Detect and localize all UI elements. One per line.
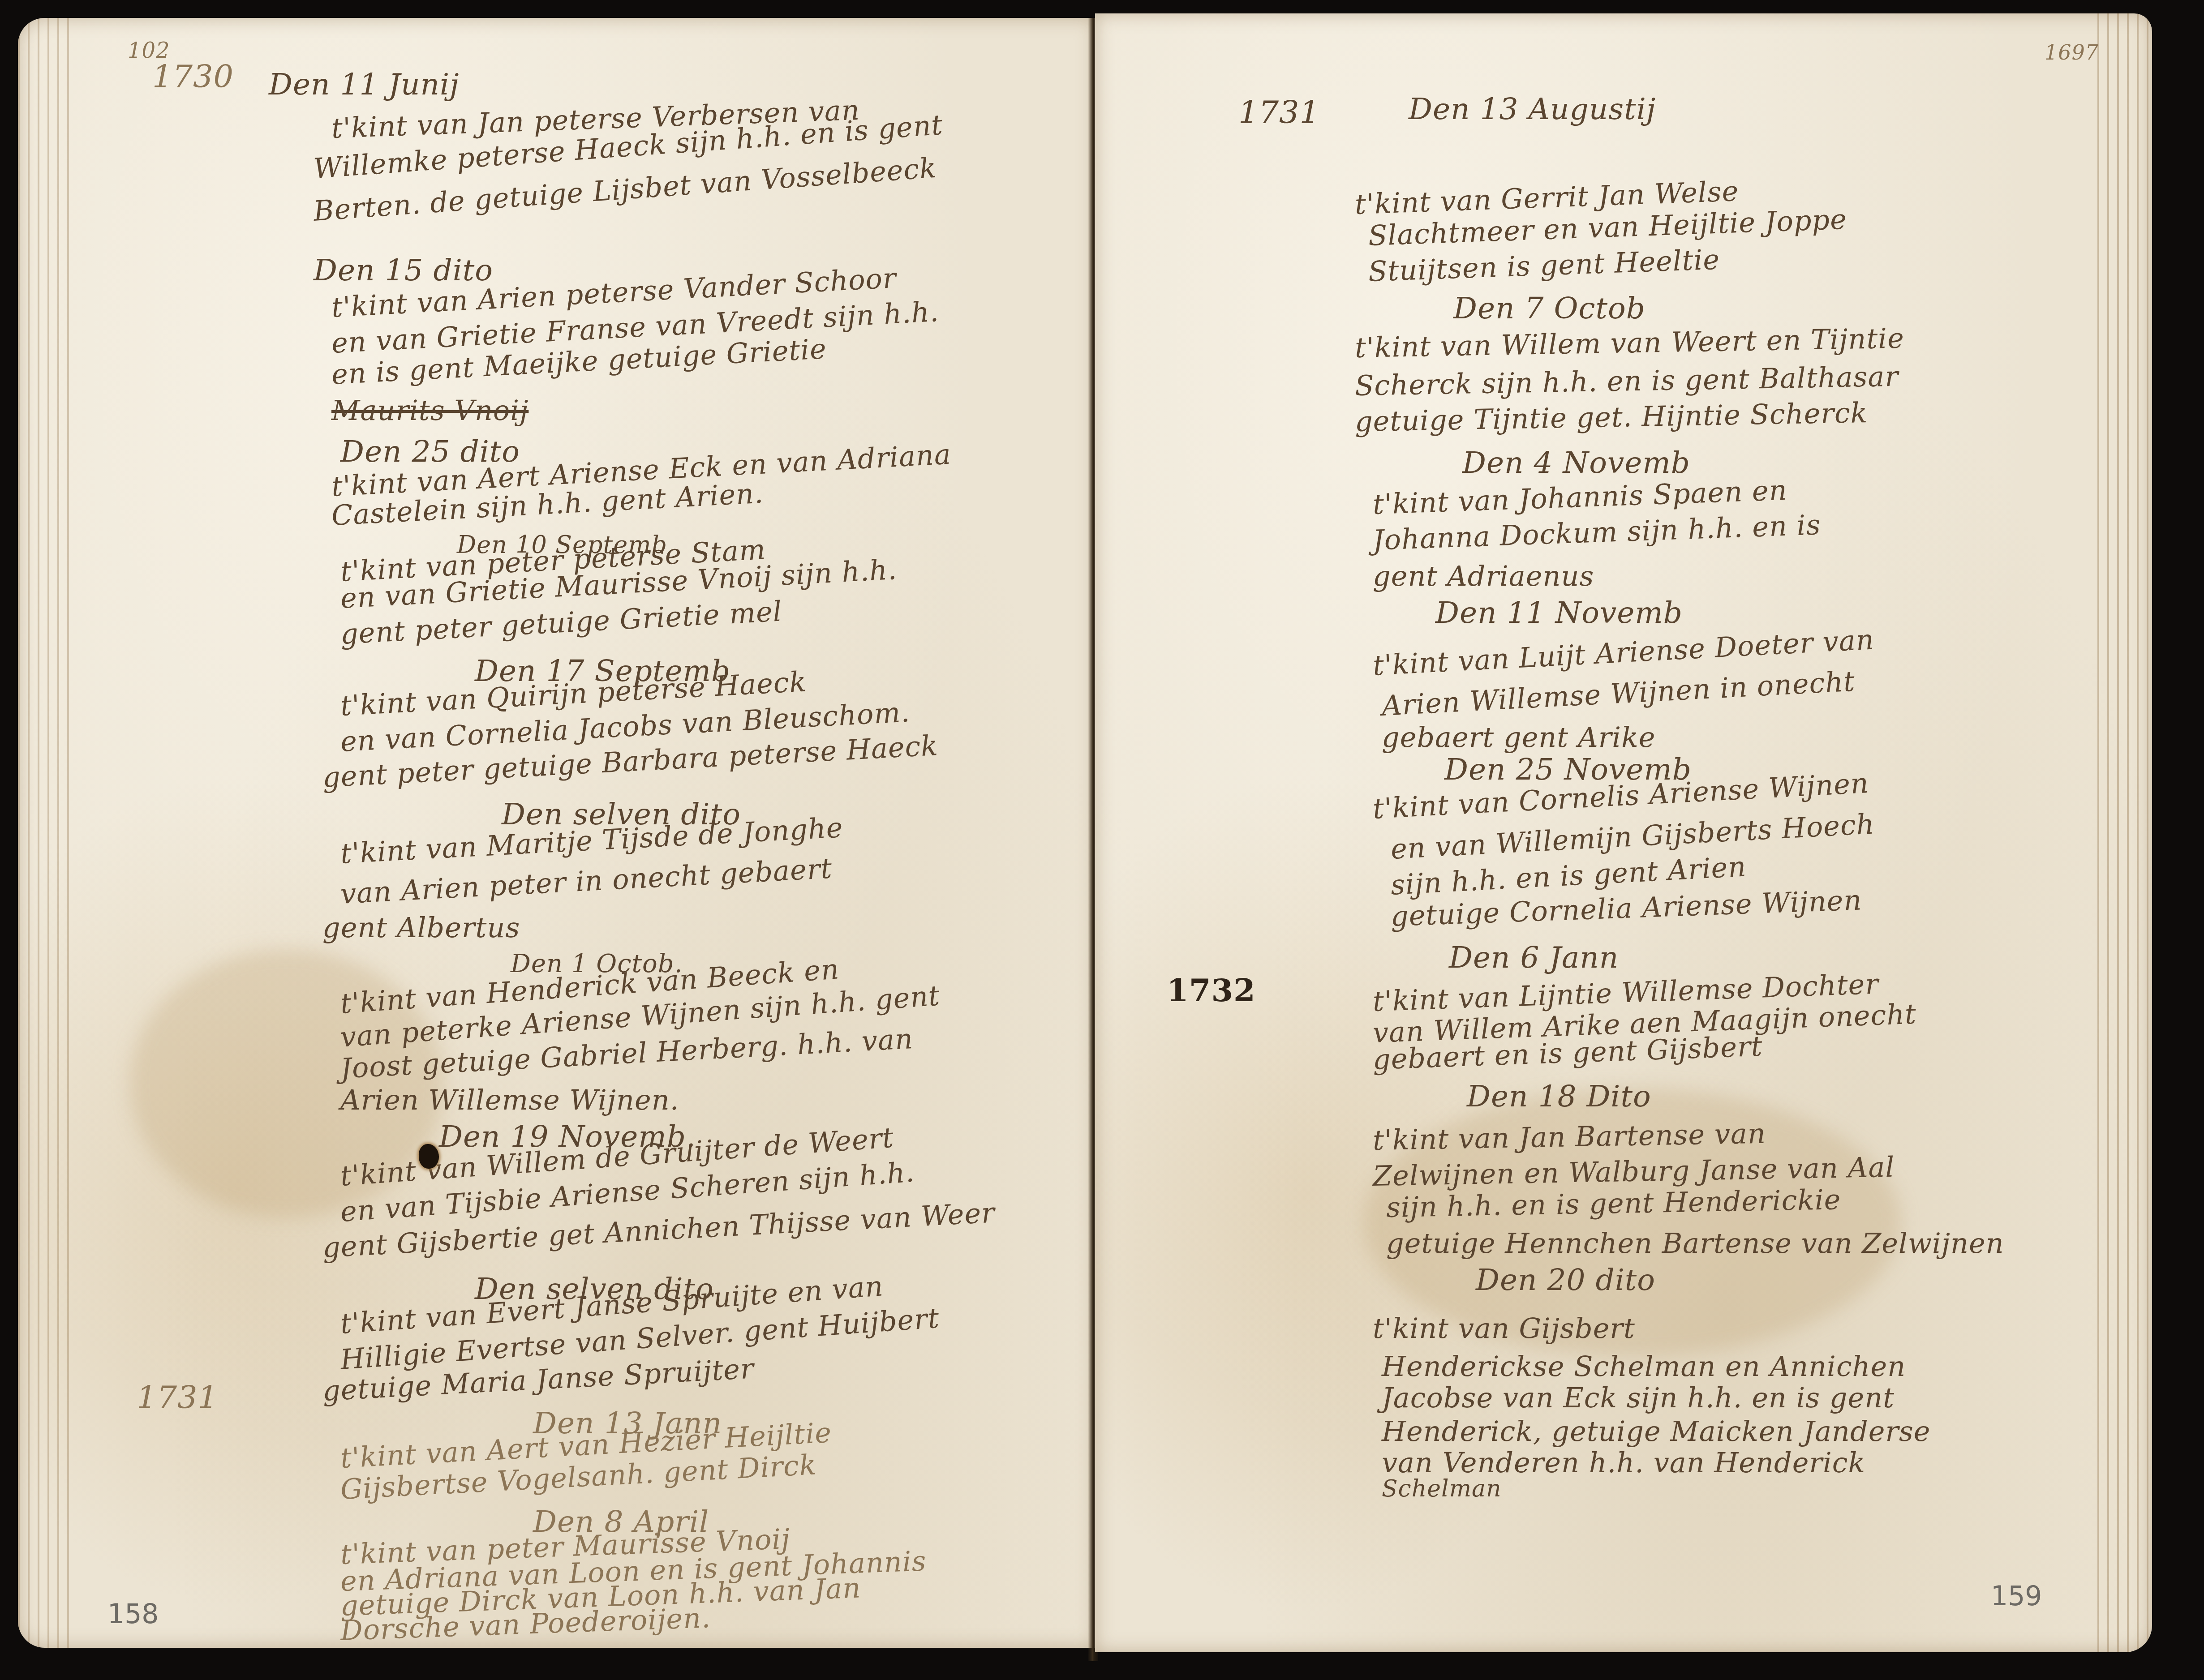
entry-line: getuige Hennchen Bartense van Zelwijnen xyxy=(1386,1227,2004,1260)
year-heading: 1730 xyxy=(152,58,234,95)
entry-date: Den 11 Novemb xyxy=(1435,596,1683,630)
entry-line: Jacobse van Eck sijn h.h. en is gent xyxy=(1382,1381,1895,1414)
entry-line: gent Albertus xyxy=(322,911,520,944)
right-page: 1697 1731 Den 13 Augustij t'kint van Ger… xyxy=(1095,13,2152,1652)
entry-date: Den 18 Dito xyxy=(1467,1079,1651,1114)
entry-date: Den 6 Jann xyxy=(1449,940,1619,975)
entry-date: Den 20 dito xyxy=(1476,1263,1655,1297)
entry-date: Den 4 Novemb xyxy=(1462,446,1690,480)
left-page-stacked-edges xyxy=(18,18,76,1648)
entry-date: Den 7 Octob xyxy=(1453,291,1645,326)
entry-line: Henderick, getuige Maicken Janderse xyxy=(1382,1415,1931,1448)
entry-line: Arien Willemse Wijnen. xyxy=(340,1084,679,1116)
entry-line: Henderickse Schelman en Annichen xyxy=(1382,1350,1906,1383)
entry-line: t'kint van Willem van Weert en Tijntie xyxy=(1354,322,1904,364)
entry-line: t'kint van Jan Bartense van xyxy=(1372,1117,1766,1157)
left-page: 102 1730 Den 11 Junij t'kint van Jan pet… xyxy=(18,18,1095,1648)
entry-date: Den 15 dito xyxy=(314,253,493,287)
folio-number: 159 xyxy=(1991,1581,2042,1612)
folio-number: 158 xyxy=(107,1599,159,1630)
entry-line: Maurits Vnoij xyxy=(331,394,528,427)
margin-year: 1732 xyxy=(1167,972,1256,1009)
entry-line: Scherck sijn h.h. en is gent Balthasar xyxy=(1354,360,1899,402)
entry-date: Den 11 Junij xyxy=(269,67,459,102)
entry-line: getuige Tijntie get. Hijntie Scherck xyxy=(1354,396,1868,438)
entry-line: gent Adriaenus xyxy=(1373,560,1594,592)
burn-hole xyxy=(419,1144,439,1169)
year-heading: 1731 xyxy=(1238,94,1320,131)
right-page-stacked-edges xyxy=(2089,13,2152,1652)
entry-line: Schelman xyxy=(1382,1475,1501,1502)
margin-year: 1731 xyxy=(137,1379,218,1416)
corner-note: 1697 xyxy=(2045,40,2099,64)
entry-date: Den 13 Augustij xyxy=(1409,92,1656,126)
entry-line: van Venderen h.h. van Henderick xyxy=(1382,1446,1865,1479)
entry-line: t'kint van Gijsbert xyxy=(1373,1312,1635,1345)
entry-line: gebaert gent Arike xyxy=(1382,721,1655,754)
